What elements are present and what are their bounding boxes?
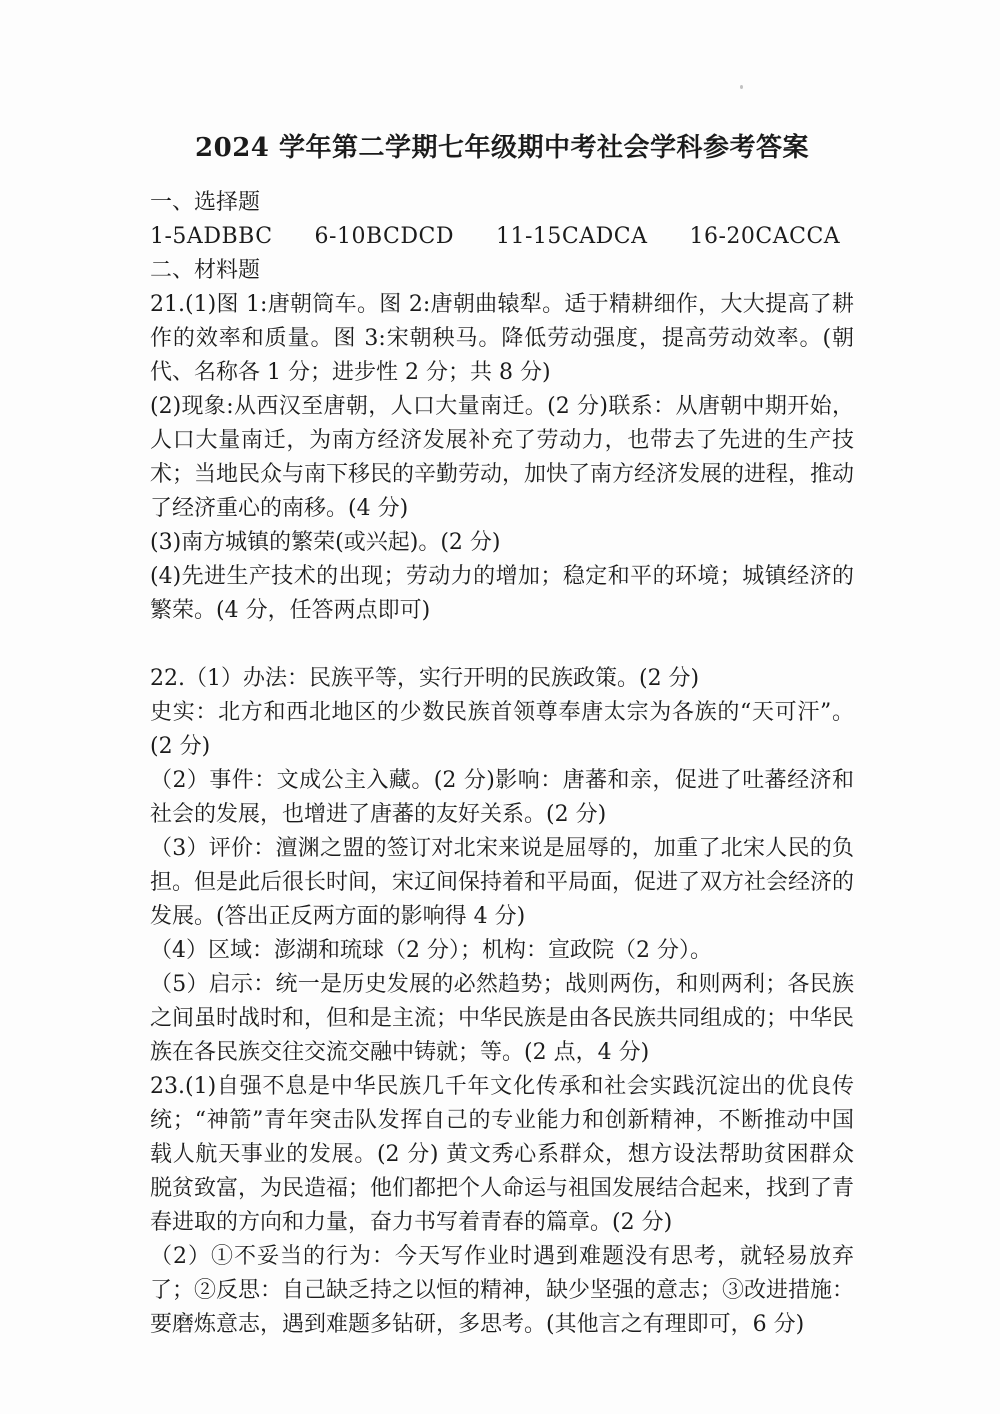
q21-answer-paragraph-1: 21.(1)图 1:唐朝筒车。图 2:唐朝曲辕犁。适于精耕细作，大大提高了耕作的… bbox=[150, 288, 854, 390]
question-23-block: 23.(1)自强不息是中华民族几千年文化传承和社会实践沉淀出的优良传统；“神箭”… bbox=[150, 1070, 854, 1342]
q21-answer-paragraph-4: (4)先进生产技术的出现；劳动力的增加；稳定和平的环境；城镇经济的繁荣。(4 分… bbox=[150, 560, 854, 628]
answer-group-11-15: 11-15CADCA bbox=[496, 220, 648, 254]
question-22-block: 22.（1）办法：民族平等，实行开明的民族政策。(2 分) 史实：北方和西北地区… bbox=[150, 662, 854, 1070]
q21-answer-paragraph-3: (3)南方城镇的繁荣(或兴起)。(2 分) bbox=[150, 526, 854, 560]
answer-group-6-10: 6-10BCDCD bbox=[315, 220, 454, 254]
answer-group-1-5: 1-5ADBBC bbox=[150, 220, 273, 254]
q22-answer-paragraph-1: 22.（1）办法：民族平等，实行开明的民族政策。(2 分) bbox=[150, 662, 854, 696]
q21-answer-paragraph-2: (2)现象:从西汉至唐朝，人口大量南迁。(2 分)联系：从唐朝中期开始，人口大量… bbox=[150, 390, 854, 526]
q22-answer-paragraph-4: （3）评价：澶渊之盟的签订对北宋来说是屈辱的，加重了北宋人民的负担。但是此后很长… bbox=[150, 832, 854, 934]
q22-answer-paragraph-3: （2）事件：文成公主入藏。(2 分)影响：唐蕃和亲，促进了吐蕃经济和社会的发展，… bbox=[150, 764, 854, 832]
q23-answer-paragraph-1: 23.(1)自强不息是中华民族几千年文化传承和社会实践沉淀出的优良传统；“神箭”… bbox=[150, 1070, 854, 1240]
q23-answer-paragraph-2: （2）①不妥当的行为：今天写作业时遇到难题没有思考，就轻易放弃了；②反思：自己缺… bbox=[150, 1240, 854, 1342]
section-heading-material: 二、材料题 bbox=[150, 254, 854, 288]
q22-answer-paragraph-5: （4）区域：澎湖和琉球（2 分）；机构：宣政院（2 分）。 bbox=[150, 934, 854, 968]
section-heading-choice: 一、选择题 bbox=[150, 186, 854, 220]
scan-artifact-dot bbox=[740, 85, 743, 89]
q22-answer-paragraph-6: （5）启示：统一是历史发展的必然趋势；战则两伤，和则两利；各民族之间虽时战时和，… bbox=[150, 968, 854, 1070]
page-title: 2024 学年第二学期七年级期中考社会学科参考答案 bbox=[150, 128, 854, 168]
question-21-block: 21.(1)图 1:唐朝筒车。图 2:唐朝曲辕犁。适于精耕细作，大大提高了耕作的… bbox=[150, 288, 854, 628]
q22-answer-paragraph-2: 史实：北方和西北地区的少数民族首领尊奉唐太宗为各族的“天可汗”。(2 分) bbox=[150, 696, 854, 764]
answer-group-16-20: 16-20CACCA bbox=[690, 220, 841, 254]
answer-sheet-page: 2024 学年第二学期七年级期中考社会学科参考答案 一、选择题 1-5ADBBC… bbox=[0, 0, 1000, 1414]
choice-answers-row: 1-5ADBBC 6-10BCDCD 11-15CADCA 16-20CACCA bbox=[150, 220, 854, 254]
